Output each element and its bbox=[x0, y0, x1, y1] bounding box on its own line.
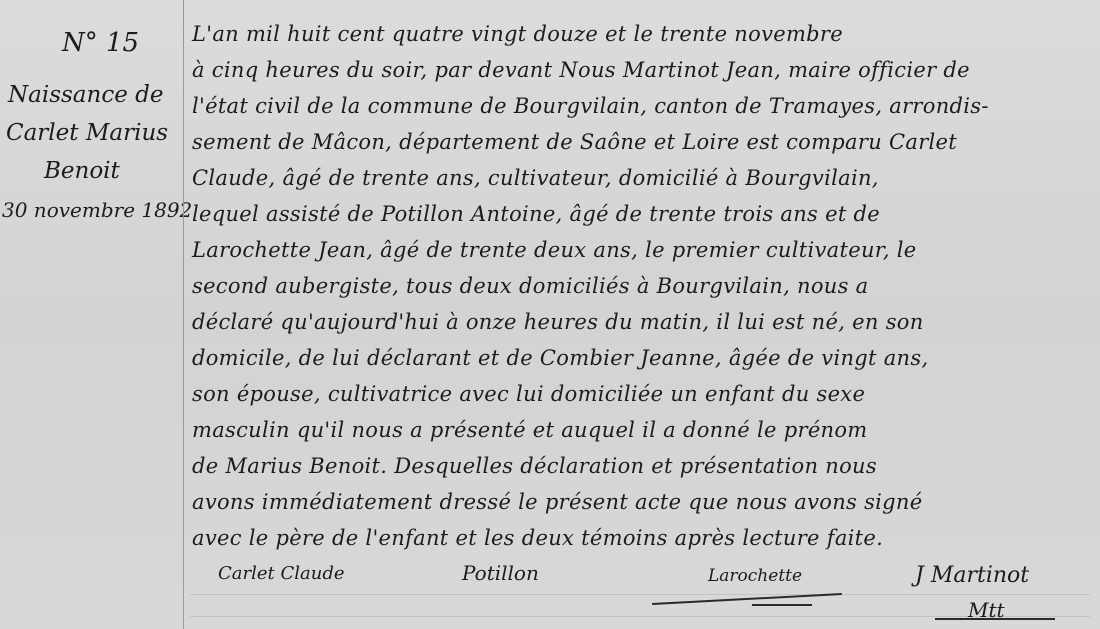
register-page: N° 15 Naissance de Carlet Marius Benoit … bbox=[0, 0, 1100, 629]
ruled-line bbox=[190, 616, 1090, 617]
child-name-line-2: Benoit bbox=[44, 158, 120, 184]
signature-witness-1: Potillon bbox=[462, 561, 539, 585]
body-line: avec le père de l'enfant et les deux tém… bbox=[192, 526, 883, 550]
body-line: déclaré qu'aujourd'hui à onze heures du … bbox=[192, 310, 924, 334]
signature-flourish bbox=[752, 604, 812, 606]
signature-mayor: J Martinot bbox=[915, 563, 1029, 588]
body-line: lequel assisté de Potillon Antoine, âgé … bbox=[192, 202, 880, 226]
body-line: de Marius Benoit. Desquelles déclaration… bbox=[192, 454, 877, 478]
body-line: avons immédiatement dressé le présent ac… bbox=[192, 490, 922, 514]
body-line: Claude, âgé de trente ans, cultivateur, … bbox=[192, 166, 879, 190]
ruled-line bbox=[190, 594, 1090, 595]
body-line: masculin qu'il nous a présenté et auquel… bbox=[192, 418, 868, 442]
margin-divider bbox=[183, 0, 184, 629]
record-type: Naissance de bbox=[8, 82, 163, 108]
body-line: l'état civil de la commune de Bourgvilai… bbox=[192, 94, 989, 118]
body-line: L'an mil huit cent quatre vingt douze et… bbox=[192, 22, 843, 46]
paraph-flourish bbox=[935, 618, 1055, 620]
body-line: sement de Mâcon, département de Saône et… bbox=[192, 130, 957, 154]
child-name-line-1: Carlet Marius bbox=[6, 120, 168, 146]
signature-father: Carlet Claude bbox=[218, 563, 345, 584]
margin-column: N° 15 Naissance de Carlet Marius Benoit … bbox=[0, 0, 182, 629]
body-line: second aubergiste, tous deux domiciliés … bbox=[192, 274, 869, 298]
body-line: à cinq heures du soir, par devant Nous M… bbox=[192, 58, 970, 82]
body-line: domicile, de lui déclarant et de Combier… bbox=[192, 346, 928, 370]
record-number: N° 15 bbox=[62, 28, 139, 58]
record-date: 30 novembre 1892 bbox=[2, 198, 192, 222]
body-line: son épouse, cultivatrice avec lui domici… bbox=[192, 382, 865, 406]
signature-witness-2: Larochette bbox=[708, 566, 802, 586]
body-line: Larochette Jean, âgé de trente deux ans,… bbox=[192, 238, 917, 262]
